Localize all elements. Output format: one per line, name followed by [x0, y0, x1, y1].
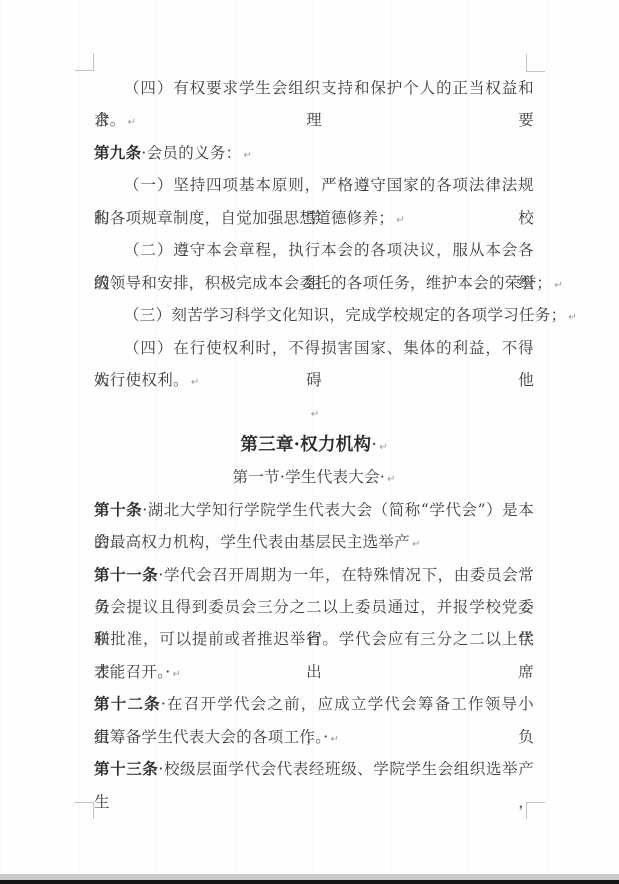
article-term: 第十条	[94, 500, 142, 519]
article-term: 第十三条	[94, 759, 158, 778]
text-block: （四）有权要求学生会组织支持和保护个人的正当权益和合理要求。↵第九条·会员的义务…	[94, 72, 534, 786]
line-text: 才能召开。·	[94, 663, 170, 681]
line-text: 的各项规章制度，自觉加强思想道德修养；	[94, 209, 394, 227]
article-term: 第九条	[94, 143, 141, 162]
document-line: 员会提议且得到委员会三分之二以上委员通过，并报学校党委和省学	[94, 591, 534, 623]
document-line: 第十三条·校级层面学代会代表经班级、学院学生会组织选举产生，	[94, 753, 534, 785]
document-line: 第一节·学生代表大会·↵	[94, 461, 534, 493]
document-line: 第十二条·在召开学代会之前，应成立学代会筹备工作领导小组，负	[94, 688, 534, 720]
document-line: （二）遵守本会章程，执行本会的各项决议，服从本会各级组织	[94, 234, 534, 266]
paragraph-mark-icon: ↵	[412, 539, 420, 550]
crop-mark-top-right-icon	[526, 54, 545, 72]
line-text: （四）有权要求学生会组织支持和保护个人的正当权益和合理要	[94, 79, 534, 129]
paragraph-mark-icon: ↵	[243, 150, 251, 161]
line-text: 第一节·学生代表大会·	[232, 468, 385, 486]
paragraph-mark-icon: ↵	[387, 474, 395, 485]
article-term: 第十一条	[94, 565, 158, 584]
line-text: 责筹备学生代表大会的各项工作。·	[94, 728, 328, 746]
paragraph-mark-icon: ↵	[128, 117, 136, 128]
line-text: ·会员的义务：	[141, 144, 241, 162]
document-line: 第十条·湖北大学知行学院学生代表大会（简称“学代会”）是本会	[94, 494, 534, 526]
document-line: 第三章·权力机构·↵	[94, 429, 534, 461]
line-text: ·校级层面学代会代表经班级、学院学生会组织选举产生，	[94, 760, 534, 810]
document-line: 第十一条·学代会召开周期为一年，在特殊情况下，由委员会常务委	[94, 559, 534, 591]
paragraph-mark-icon: ↵	[554, 280, 562, 291]
line-text: ·	[371, 435, 377, 455]
article-term: 第十二条	[94, 694, 161, 713]
paragraph-mark-icon: ↵	[396, 215, 404, 226]
article-term: 第三章·权力机构	[240, 435, 371, 455]
line-text: 的领导和安排，积极完成本会委托的各项任务，维护本会的荣誉；	[94, 274, 552, 292]
document-line: 第九条·会员的义务：↵	[94, 137, 534, 169]
document-line: 联批准，可以提前或者推迟举行。学代会应有三分之二以上代表出席	[94, 623, 534, 655]
document-line: （四）在行使权利时，不得损害国家、集体的利益，不得妨碍他	[94, 332, 534, 364]
document-line: 的领导和安排，积极完成本会委托的各项任务，维护本会的荣誉；↵	[94, 267, 534, 299]
line-text: 人行使权利。	[94, 371, 189, 389]
document-page: （四）有权要求学生会组织支持和保护个人的正当权益和合理要求。↵第九条·会员的义务…	[0, 0, 619, 874]
paragraph-mark-icon: ↵	[311, 409, 319, 420]
paragraph-mark-icon: ↵	[379, 442, 387, 453]
line-text: 的最高权力机构，学生代表由基层民主选举产	[94, 533, 410, 551]
paragraph-mark-icon: ↵	[330, 734, 338, 745]
document-line: （一）坚持四项基本原则，严格遵守国家的各项法律法规和学校	[94, 169, 534, 201]
document-line: ↵	[94, 396, 534, 428]
paragraph-mark-icon: ↵	[172, 669, 180, 680]
screen-bottom-edge	[0, 880, 619, 884]
paragraph-mark-icon: ↵	[568, 312, 576, 323]
document-line: （三）刻苦学习科学文化知识，完成学校规定的各项学习任务；↵	[94, 299, 534, 331]
paragraph-mark-icon: ↵	[191, 377, 199, 388]
line-text: （三）刻苦学习科学文化知识，完成学校规定的各项学习任务；	[124, 306, 566, 324]
line-text: 求。	[94, 111, 126, 129]
document-line: （四）有权要求学生会组织支持和保护个人的正当权益和合理要	[94, 72, 534, 104]
document-line: 的最高权力机构，学生代表由基层民主选举产↵	[94, 526, 534, 558]
crop-mark-bottom-left-icon	[75, 802, 94, 819]
crop-mark-top-left-icon	[75, 53, 94, 71]
